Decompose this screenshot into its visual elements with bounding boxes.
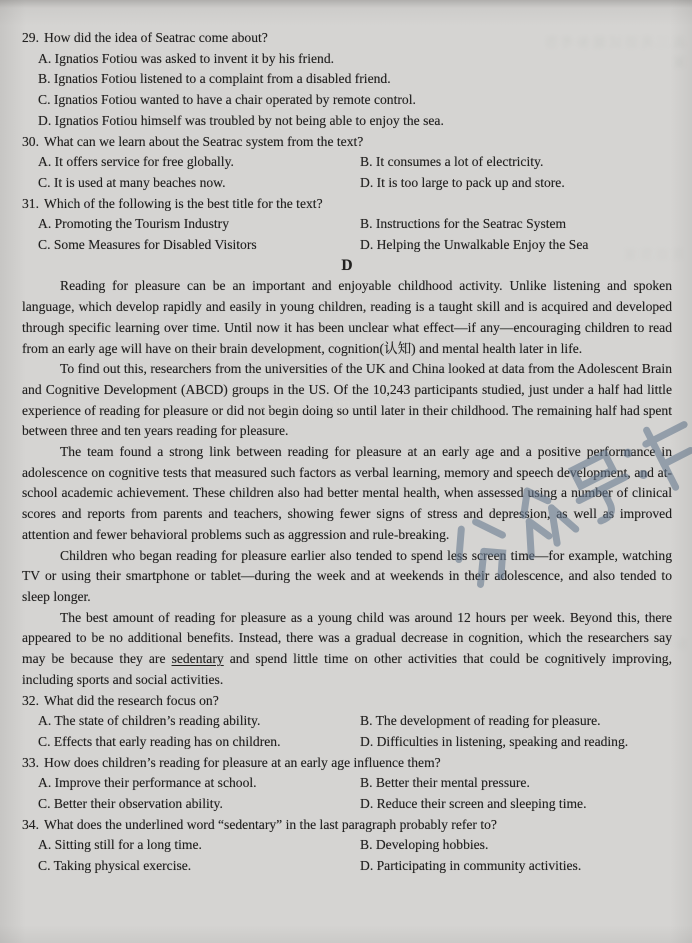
options-grid: A. Sitting still for a long time. B. Dev… — [22, 835, 672, 876]
option-b: B. It consumes a lot of electricity. — [360, 152, 672, 173]
option-b: B. Instructions for the Seatrac System — [360, 214, 672, 235]
underlined-word-sedentary: sedentary — [172, 651, 224, 666]
option-d: D. Reduce their screen and sleeping time… — [360, 794, 672, 815]
option-c: C. Better their observation ability. — [38, 794, 360, 815]
question-29: 29.How did the idea of Seatrac come abou… — [22, 28, 672, 132]
option-a: A. Ignatios Fotiou was asked to invent i… — [38, 49, 672, 70]
option-a: A. Improve their performance at school. — [38, 773, 360, 794]
option-d: D. It is too large to pack up and store. — [360, 173, 672, 194]
option-c: C. Some Measures for Disabled Visitors — [38, 235, 360, 256]
question-number: 34. — [22, 817, 39, 832]
passage-paragraph-1: Reading for pleasure can be an important… — [22, 276, 672, 359]
question-text: Which of the following is the best title… — [44, 196, 323, 211]
option-b: B. Better their mental pressure. — [360, 773, 672, 794]
option-d: D. Difficulties in listening, speaking a… — [360, 732, 672, 753]
site-watermark: docsou.com — [256, 396, 352, 413]
option-c: C. Effects that early reading has on chi… — [38, 732, 360, 753]
option-c: C. Taking physical exercise. — [38, 856, 360, 877]
question-text: How does children’s reading for pleasure… — [44, 755, 441, 770]
option-a: A. Promoting the Tourism Industry — [38, 214, 360, 235]
passage-section-label: D — [22, 256, 672, 277]
question-stem: 34.What does the underlined word “sedent… — [22, 815, 672, 836]
options-grid: A. Promoting the Tourism Industry B. Ins… — [22, 214, 672, 255]
options-grid: A. The state of children’s reading abili… — [22, 711, 672, 752]
option-b: B. Developing hobbies. — [360, 835, 672, 856]
question-stem: 33.How does children’s reading for pleas… — [22, 753, 672, 774]
passage-paragraph-3: The team found a strong link between rea… — [22, 442, 672, 546]
question-text: How did the idea of Seatrac come about? — [44, 30, 268, 45]
options-grid: A. Improve their performance at school. … — [22, 773, 672, 814]
question-text: What did the research focus on? — [44, 693, 219, 708]
option-c: C. It is used at many beaches now. — [38, 173, 360, 194]
question-32: 32.What did the research focus on? A. Th… — [22, 691, 672, 753]
option-a: A. The state of children’s reading abili… — [38, 711, 360, 732]
option-b: B. The development of reading for pleasu… — [360, 711, 672, 732]
question-stem: 31.Which of the following is the best ti… — [22, 194, 672, 215]
exam-page-content: 29.How did the idea of Seatrac come abou… — [22, 28, 672, 877]
question-number: 29. — [22, 30, 39, 45]
question-33: 33.How does children’s reading for pleas… — [22, 753, 672, 815]
passage-paragraph-4: Children who began reading for pleasure … — [22, 546, 672, 608]
option-b: B. Ignatios Fotiou listened to a complai… — [38, 69, 672, 90]
question-31: 31.Which of the following is the best ti… — [22, 194, 672, 256]
question-34: 34.What does the underlined word “sedent… — [22, 815, 672, 877]
option-d: D. Participating in community activities… — [360, 856, 672, 877]
question-number: 32. — [22, 693, 39, 708]
options-grid: A. It offers service for free globally. … — [22, 152, 672, 193]
question-number: 33. — [22, 755, 39, 770]
question-text: What can we learn about the Seatrac syst… — [44, 134, 363, 149]
option-a: A. Sitting still for a long time. — [38, 835, 360, 856]
question-stem: 30.What can we learn about the Seatrac s… — [22, 132, 672, 153]
reading-passage: Reading for pleasure can be an important… — [22, 276, 672, 690]
option-d: D. Helping the Unwalkable Enjoy the Sea — [360, 235, 672, 256]
question-number: 31. — [22, 196, 39, 211]
options-list: A. Ignatios Fotiou was asked to invent i… — [22, 49, 672, 132]
question-text: What does the underlined word “sedentary… — [44, 817, 497, 832]
question-stem: 32.What did the research focus on? — [22, 691, 672, 712]
option-d: D. Ignatios Fotiou himself was troubled … — [38, 111, 672, 132]
question-stem: 29.How did the idea of Seatrac come abou… — [22, 28, 672, 49]
option-a: A. It offers service for free globally. — [38, 152, 360, 173]
option-c: C. Ignatios Fotiou wanted to have a chai… — [38, 90, 672, 111]
question-30: 30.What can we learn about the Seatrac s… — [22, 132, 672, 194]
passage-paragraph-5: The best amount of reading for pleasure … — [22, 608, 672, 691]
question-number: 30. — [22, 134, 39, 149]
